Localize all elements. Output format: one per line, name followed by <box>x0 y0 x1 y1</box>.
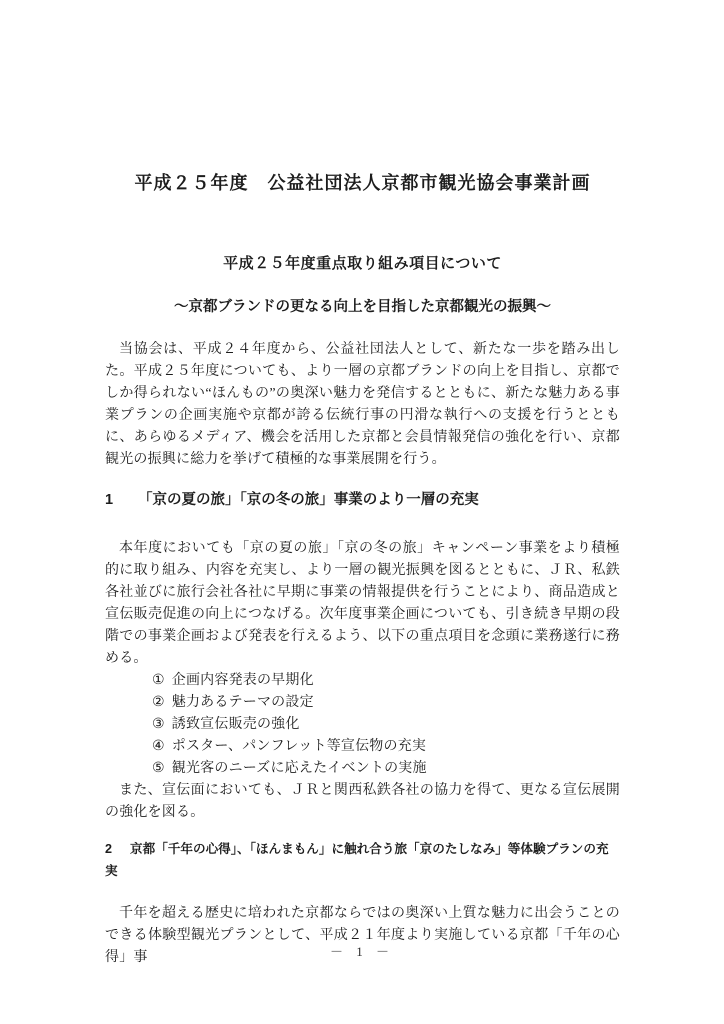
list-item: ④ポスター、パンフレット等宣伝物の充実 <box>152 736 620 758</box>
circled-number-marker: ④ <box>152 739 165 754</box>
intro-paragraph: 当協会は、平成２４年度から、公益社団法人として、新たな一歩を踏み出した。平成２５… <box>105 339 620 471</box>
list-item-text: 誘致宣伝販売の強化 <box>172 717 300 732</box>
list-item: ⑤観光客のニーズに応えたイベントの実施 <box>152 758 620 780</box>
list-item: ③誘致宣伝販売の強化 <box>152 714 620 736</box>
section-2-heading-text: 京都「千年の心得」、「ほんまもん」に触れ合う旅「京のたしなみ」等体験プランの充実 <box>105 842 609 878</box>
circled-number-marker: ① <box>152 673 165 688</box>
list-item-text: ポスター、パンフレット等宣伝物の充実 <box>172 739 426 754</box>
theme-heading: ～京都ブランドの更なる向上を目指した京都観光の振興～ <box>105 296 620 318</box>
list-item-text: 観光客のニーズに応えたイベントの実施 <box>172 761 427 776</box>
section-1-body: 本年度においても「京の夏の旅」「京の冬の旅」キャンペーン事業をより積極的に取り組… <box>105 538 620 670</box>
section-1-heading-text: 「京の夏の旅」「京の冬の旅」事業のより一層の充実 <box>138 492 479 508</box>
list-item-text: 魅力あるテーマの設定 <box>172 695 314 710</box>
section-1-addendum: また、宣伝面においても、ＪＲと関西私鉄各社の協力を得て、更なる宣伝展開の強化を図… <box>105 780 620 824</box>
document-subtitle: 平成２５年度重点取り組み項目について <box>105 252 620 276</box>
section-1-heading: 1「京の夏の旅」「京の冬の旅」事業のより一層の充実 <box>105 489 620 511</box>
list-item-text: 企画内容発表の早期化 <box>172 673 314 688</box>
document-page: 平成２５年度 公益社団法人京都市観光協会事業計画 平成２５年度重点取り組み項目に… <box>0 0 724 1024</box>
section-2-heading: 2京都「千年の心得」、「ほんまもん」に触れ合う旅「京のたしなみ」等体験プランの充… <box>105 838 620 882</box>
document-title: 平成２５年度 公益社団法人京都市観光協会事業計画 <box>105 170 620 196</box>
document-content: 平成２５年度 公益社団法人京都市観光協会事業計画 平成２５年度重点取り組み項目に… <box>0 0 724 969</box>
circled-number-marker: ③ <box>152 717 165 732</box>
priority-item-list: ①企画内容発表の早期化 ②魅力あるテーマの設定 ③誘致宣伝販売の強化 ④ポスター… <box>105 670 620 780</box>
circled-number-marker: ⑤ <box>152 761 165 776</box>
section-2-number: 2 <box>105 838 130 860</box>
section-1-number: 1 <box>105 489 138 511</box>
list-item: ①企画内容発表の早期化 <box>152 670 620 692</box>
page-number: － 1 － <box>0 941 724 960</box>
circled-number-marker: ② <box>152 695 165 710</box>
list-item: ②魅力あるテーマの設定 <box>152 692 620 714</box>
